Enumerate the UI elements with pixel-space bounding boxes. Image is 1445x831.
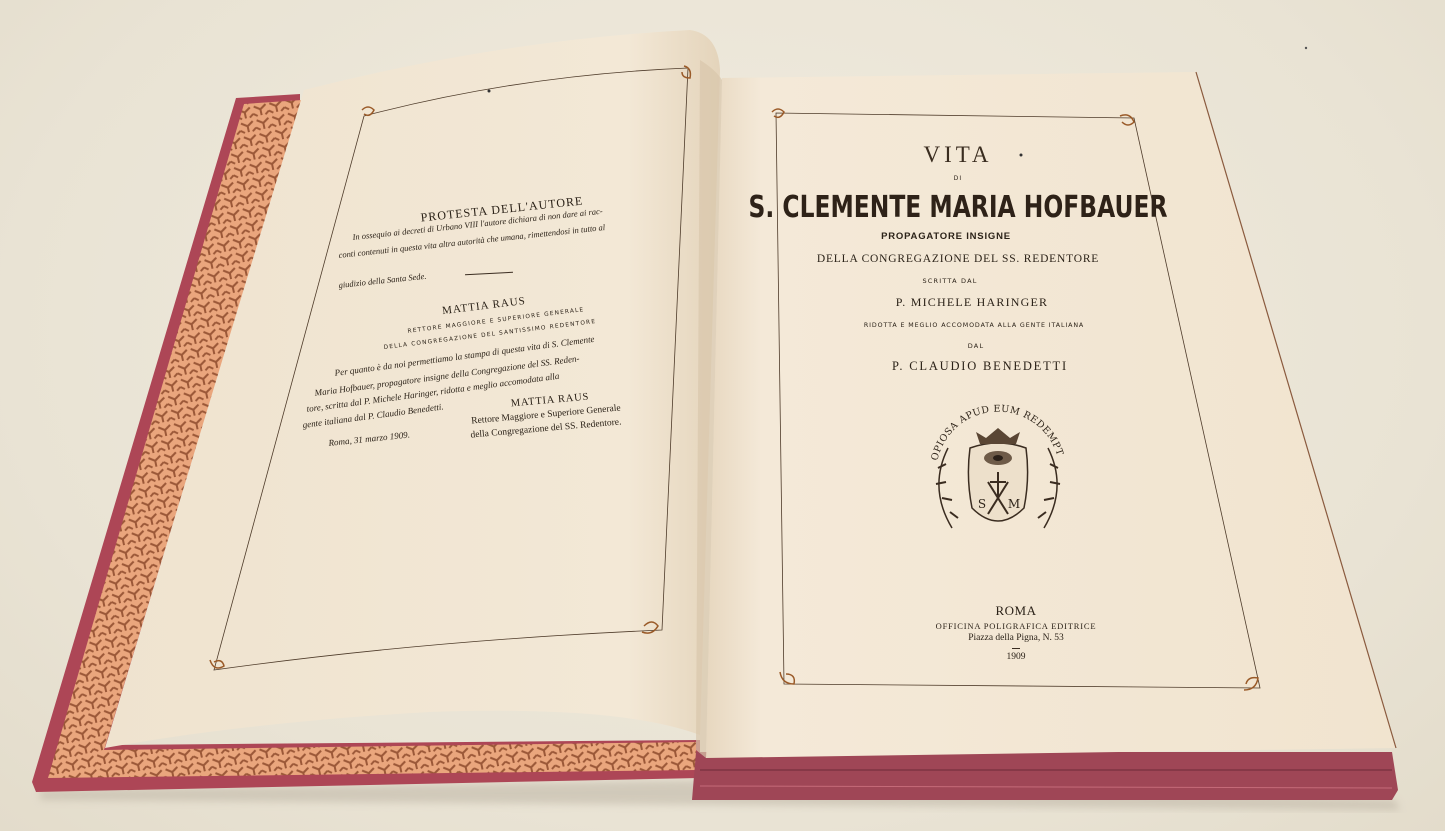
imprint-publisher: OFFICINA POLIGRAFICA EDITRICE	[936, 621, 1097, 631]
imprint-rule	[1012, 648, 1020, 649]
title-di: DI	[954, 175, 963, 182]
imprint-year: 1909	[1007, 652, 1026, 662]
svg-text:M: M	[1008, 497, 1020, 511]
congregation: DELLA CONGREGAZIONE DEL SS. REDENTORE	[817, 253, 1099, 265]
adapter-name: P. CLAUDIO BENEDETTI	[892, 359, 1068, 374]
adapted-note: RIDOTTA E MEGLIO ACCOMODATA ALLA GENTE I…	[864, 322, 1084, 329]
written-by: SCRITTA DAL	[922, 277, 977, 285]
right-page-edges	[692, 752, 1398, 800]
epithet: PROPAGATORE INSIGNE	[881, 231, 1011, 242]
dal-label: DAL	[968, 342, 985, 350]
imprint-address: Piazza della Pigna, N. 53	[968, 633, 1064, 643]
svg-text:S: S	[978, 497, 986, 511]
right-page	[706, 72, 1396, 758]
imprint-city: ROMA	[995, 603, 1036, 619]
subject-name: S. CLEMENTE MARIA HOFBAUER	[749, 190, 1168, 225]
author-name: P. MICHELE HARINGER	[896, 295, 1048, 310]
open-book-photo: S M COPIOSA APUD EUM REDEMPTIO	[0, 0, 1445, 831]
book-title: VITA	[923, 142, 992, 168]
